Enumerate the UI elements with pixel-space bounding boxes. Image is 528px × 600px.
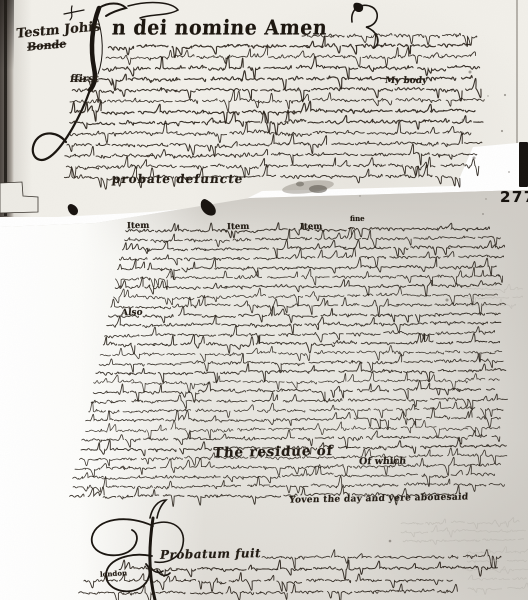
margin-heading-line2: Bonde (27, 38, 67, 53)
opening-words: n dei nomine Amen (111, 18, 328, 39)
interline-note: fine (350, 215, 365, 222)
word-probate: probate defuncte (111, 173, 244, 185)
word-my-body: My body (384, 77, 427, 86)
word-ffirst: ffirst (69, 74, 99, 85)
probate-clause-opening: Probatum fuit (160, 547, 261, 561)
word-item-3: Item (300, 223, 322, 232)
folio-number: 277 (500, 190, 528, 205)
phrase-the-residue-of: The residue of (212, 445, 333, 461)
ink-layer (0, 0, 528, 600)
margin-footer-note: london (100, 569, 127, 577)
film-grain-texture (0, 0, 528, 600)
manuscript-scan: Testm Johis Bonde n dei nomine Amen 277 … (0, 0, 528, 600)
word-item-2: Item (227, 223, 249, 232)
phrase-of-which: Of which (359, 457, 407, 467)
word-item-1: Item (127, 222, 149, 231)
word-also: Also (121, 309, 143, 318)
